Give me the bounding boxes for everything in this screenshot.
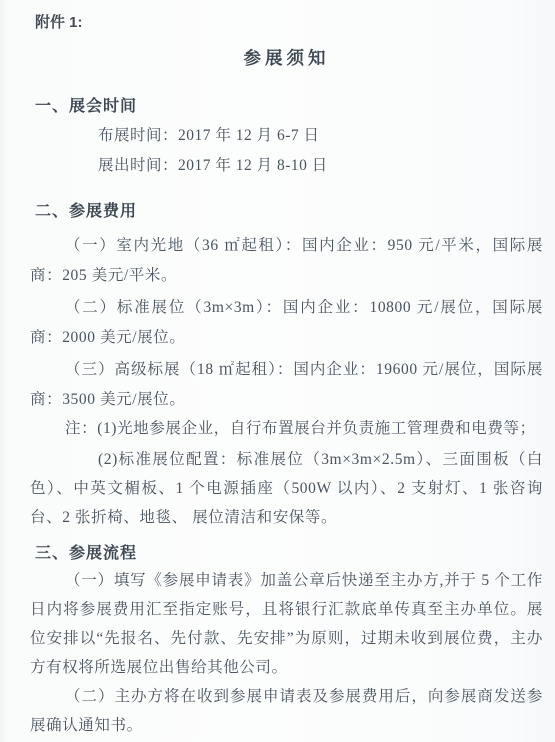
- section-exhibition-process: 三、参展流程 （一）填写《参展申请表》加盖公章后快递至主办方,并于 5 个工作日…: [30, 543, 543, 740]
- section-heading-exhibition-time: 一、展会时间: [35, 96, 543, 118]
- fee-paragraph-raw-space: （一）室内光地（36 ㎡起租）：国内企业：950 元/平米，国际展商：205 美…: [30, 231, 543, 291]
- setup-time-line: 布展时间：2017 年 12 月 6-7 日: [30, 121, 543, 151]
- process-paragraph-application: （一）填写《参展申请表》加盖公章后快递至主办方,并于 5 个工作日内将参展费用汇…: [30, 566, 543, 682]
- fee-paragraph-premium-booth: （三）高级标展（18 ㎡起租）：国内企业：19600 元/展位，国际展商：350…: [30, 355, 543, 415]
- section-heading-exhibition-fees: 二、参展费用: [35, 201, 543, 223]
- attachment-label: 附件 1:: [35, 13, 543, 33]
- section-heading-exhibition-process: 三、参展流程: [35, 543, 543, 565]
- fee-note-1: 注：(1)光地参展企业，自行布置展台并负责施工管理费和电费等；: [30, 415, 543, 443]
- page-title: 参展须知: [30, 45, 543, 71]
- process-paragraph-confirmation: （二）主办方将在收到参展申请表及参展费用后，向参展商发送参展确认通知书。: [30, 682, 543, 740]
- time-lines: 布展时间：2017 年 12 月 6-7 日 展出时间：2017 年 12 月 …: [30, 121, 543, 181]
- section-exhibition-fees: 二、参展费用 （一）室内光地（36 ㎡起租）：国内企业：950 元/平米，国际展…: [30, 201, 543, 532]
- fee-paragraph-standard-booth: （二）标准展位（3m×3m）：国内企业：10800 元/展位，国际展商：2000…: [30, 293, 543, 353]
- show-time-line: 展出时间：2017 年 12 月 8-10 日: [30, 151, 543, 181]
- document-page: 附件 1: 参展须知 一、展会时间 布展时间：2017 年 12 月 6-7 日…: [0, 0, 555, 742]
- fee-note-2: (2)标准展位配置：标准展位（3m×3m×2.5m）、三面围板（白色）、中英文楣…: [30, 445, 543, 532]
- section-exhibition-time: 一、展会时间 布展时间：2017 年 12 月 6-7 日 展出时间：2017 …: [30, 96, 543, 181]
